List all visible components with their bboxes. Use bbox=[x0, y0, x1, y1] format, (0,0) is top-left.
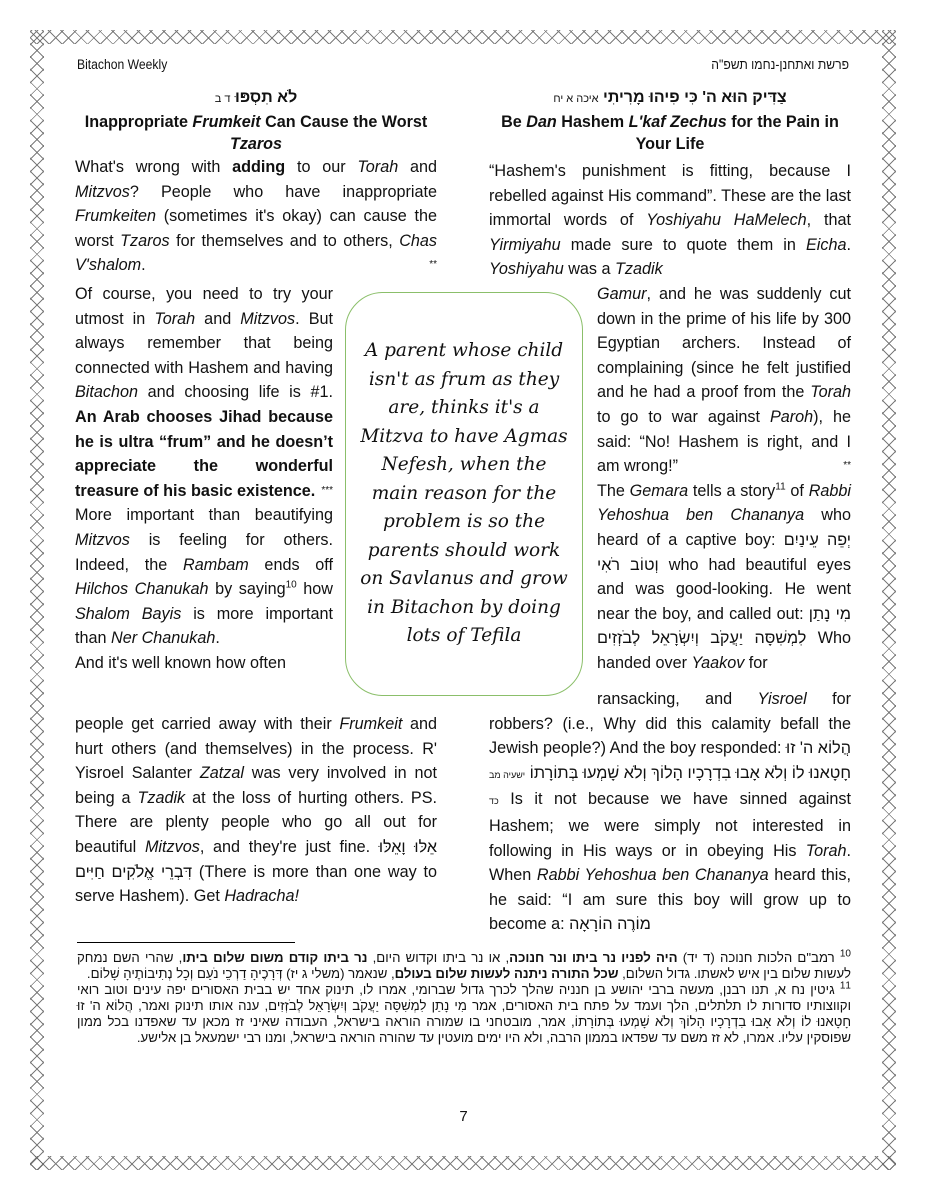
left-article-header: לֹא תִסְפּוּ ד ב Inappropriate Frumkeit … bbox=[75, 86, 437, 278]
right-hebrew-verse: צַדִּיק הוּא ה' כִּי פִיהוּ מָרִיתִי bbox=[603, 89, 787, 106]
title-part: Tzaros bbox=[230, 134, 282, 153]
left-paragraph-1: What's wrong with adding to our Torah an… bbox=[75, 155, 437, 278]
left-hebrew-source: ד ב bbox=[215, 93, 231, 105]
text: ? People who have inappropriate bbox=[130, 183, 437, 201]
text: Yaakov bbox=[692, 654, 745, 672]
text: . bbox=[141, 256, 146, 274]
text: The bbox=[597, 482, 630, 500]
text: Gemara bbox=[630, 482, 688, 500]
text: More important than beautifying bbox=[75, 506, 333, 524]
right-paragraph-2: The Gemara tells a story11 of Rabbi Yeho… bbox=[597, 479, 851, 676]
text: of bbox=[786, 482, 809, 500]
text: גיטין נח א, תנו רבנן, מעשה ברבי יהושע בן… bbox=[77, 982, 851, 1045]
section-separator: ** bbox=[429, 253, 437, 278]
right-paragraph-1b: Gamur, and he was suddenly cut down in t… bbox=[597, 282, 851, 676]
text: And it's well known how often bbox=[75, 654, 286, 672]
text: and bbox=[398, 158, 437, 176]
title-part: Can Cause the Worst bbox=[261, 112, 428, 131]
text: Rabbi Yehoshua ben Chananya bbox=[537, 866, 769, 884]
parsha-name: פרשת ואתחנן-נחמו תשפ"ה bbox=[711, 57, 849, 72]
footnote-11: 11 גיטין נח א, תנו רבנן, מעשה ברבי יהושע… bbox=[77, 982, 851, 1046]
section-separator: ** bbox=[843, 454, 851, 479]
text: Rambam bbox=[183, 556, 249, 574]
text: שכל התורה ניתנה לעשות שלום בעולם bbox=[395, 966, 619, 981]
text: Mitzvos bbox=[145, 838, 200, 856]
text: Mitzvos bbox=[75, 183, 130, 201]
text: Tzadik bbox=[137, 789, 185, 807]
text: how bbox=[297, 580, 333, 598]
text: What's wrong with bbox=[75, 158, 232, 176]
text: Ner Chanukah bbox=[111, 629, 215, 647]
text: Eicha bbox=[806, 236, 847, 254]
title-part: Dan bbox=[526, 112, 557, 131]
left-paragraph-4-start: And it's well known how often bbox=[75, 651, 333, 676]
text: Shalom Bayis bbox=[75, 605, 181, 623]
page-number: 7 bbox=[0, 1108, 927, 1125]
footnote-10: 10 רמב"ם הלכות חנוכה (ד יד) היה לפניו נר… bbox=[77, 950, 851, 982]
border-top bbox=[30, 30, 896, 44]
text: made sure to quote them in bbox=[561, 236, 806, 254]
footnote-number: 11 bbox=[840, 981, 851, 992]
text: ends off bbox=[249, 556, 333, 574]
text: Zatzal bbox=[200, 764, 244, 782]
text: Mitzvos bbox=[240, 310, 295, 328]
text: Torah bbox=[154, 310, 195, 328]
section-separator: *** bbox=[321, 479, 333, 504]
text: , או נר ביתו וקדוש היום, bbox=[367, 950, 509, 965]
text: and bbox=[195, 310, 240, 328]
footnote-separator bbox=[77, 942, 295, 943]
title-part: Hashem bbox=[557, 112, 629, 131]
pull-quote-box: A parent whose child isn't as frum as th… bbox=[345, 292, 583, 696]
text: Torah bbox=[357, 158, 398, 176]
right-hebrew-source: איכה א יח bbox=[553, 93, 598, 105]
text: Is it not because we have sinned against… bbox=[489, 790, 851, 859]
text: Paroh bbox=[770, 408, 813, 426]
footnote-ref-11[interactable]: 11 bbox=[775, 481, 785, 492]
text: Yoshiyahu bbox=[489, 260, 564, 278]
text: נר ביתו קודם משום שלום ביתו bbox=[182, 950, 367, 965]
text: Torah bbox=[806, 842, 847, 860]
text: , שנאמר (משלי ג יז) דְּרָכֶיהָ דַרְכֵי נ… bbox=[87, 966, 395, 981]
text: Tzaros bbox=[120, 232, 169, 250]
text: people get carried away with their bbox=[75, 715, 339, 733]
right-paragraph-3: ransacking, and Yisroel for robbers? (i.… bbox=[489, 687, 851, 937]
text: , that bbox=[807, 211, 851, 229]
pull-quote-text: A parent whose child isn't as frum as th… bbox=[346, 337, 582, 651]
text: An Arab chooses Jihad because he is ultr… bbox=[75, 408, 333, 500]
text: . bbox=[215, 629, 220, 647]
text: רמב"ם הלכות חנוכה (ד יד) bbox=[678, 950, 835, 965]
footnote-ref-10[interactable]: 10 bbox=[286, 580, 297, 591]
text: for themselves and to others, bbox=[170, 232, 400, 250]
text: , and they're just fine. bbox=[200, 838, 379, 856]
footnote-number: 10 bbox=[840, 949, 851, 960]
text: Frumkeiten bbox=[75, 207, 156, 225]
text: Mitzvos bbox=[75, 531, 130, 549]
text: Yirmiyahu bbox=[489, 236, 561, 254]
text: Torah bbox=[810, 383, 851, 401]
right-article-title: Be Dan Hashem L'kaf Zechus for the Pain … bbox=[498, 111, 842, 155]
footnotes: 10 רמב"ם הלכות חנוכה (ד יד) היה לפניו נר… bbox=[77, 950, 851, 1046]
text: Gamur bbox=[597, 285, 646, 303]
text: Tzadik bbox=[615, 260, 663, 278]
text: היה לפניו נר ביתו ונר חנוכה bbox=[509, 950, 677, 965]
text: to go to war against bbox=[597, 408, 770, 426]
text: for bbox=[744, 654, 767, 672]
text: was a bbox=[564, 260, 615, 278]
text: Hadracha! bbox=[224, 887, 299, 905]
publication-name: Bitachon Weekly bbox=[77, 57, 167, 72]
text: . bbox=[847, 236, 852, 254]
text: Yisroel bbox=[758, 690, 807, 708]
text: and choosing life is #1. bbox=[138, 383, 333, 401]
hebrew-quote: מוֹרֶה הוֹרָאָה bbox=[569, 915, 651, 933]
text: by saying bbox=[208, 580, 285, 598]
title-part: Frumkeit bbox=[192, 112, 260, 131]
text: Bitachon bbox=[75, 383, 138, 401]
text: tells a story bbox=[688, 482, 775, 500]
right-hebrew-title: צַדִּיק הוּא ה' כִּי פִיהוּ מָרִיתִי איכ… bbox=[489, 86, 851, 111]
title-part: L'kaf Zechus bbox=[629, 112, 727, 131]
title-part: Inappropriate bbox=[85, 112, 193, 131]
left-hebrew-title: לֹא תִסְפּוּ ד ב bbox=[75, 86, 437, 111]
border-bottom bbox=[30, 1156, 896, 1170]
text: ransacking, and bbox=[597, 690, 758, 708]
left-paragraph-3: More important than beautifying Mitzvos … bbox=[75, 503, 333, 651]
left-paragraph-2: Of course, you need to try your utmost i… bbox=[75, 282, 333, 676]
left-article-title: Inappropriate Frumkeit Can Cause the Wor… bbox=[84, 111, 428, 155]
right-article-header: צַדִּיק הוּא ה' כִּי פִיהוּ מָרִיתִי איכ… bbox=[489, 86, 851, 155]
right-paragraph-1: “Hashem's punishment is fitting, because… bbox=[489, 159, 851, 282]
text: Hilchos Chanukah bbox=[75, 580, 208, 598]
text: adding bbox=[232, 158, 285, 176]
border-left bbox=[30, 30, 44, 1170]
title-part: Be bbox=[501, 112, 526, 131]
left-paragraph-4: people get carried away with their Frumk… bbox=[75, 712, 437, 909]
text: Frumkeit bbox=[339, 715, 402, 733]
left-hebrew-verse: לֹא תִסְפּוּ bbox=[235, 89, 297, 106]
text: to our bbox=[285, 158, 357, 176]
text: Yoshiyahu HaMelech bbox=[646, 211, 806, 229]
border-right bbox=[882, 30, 896, 1170]
